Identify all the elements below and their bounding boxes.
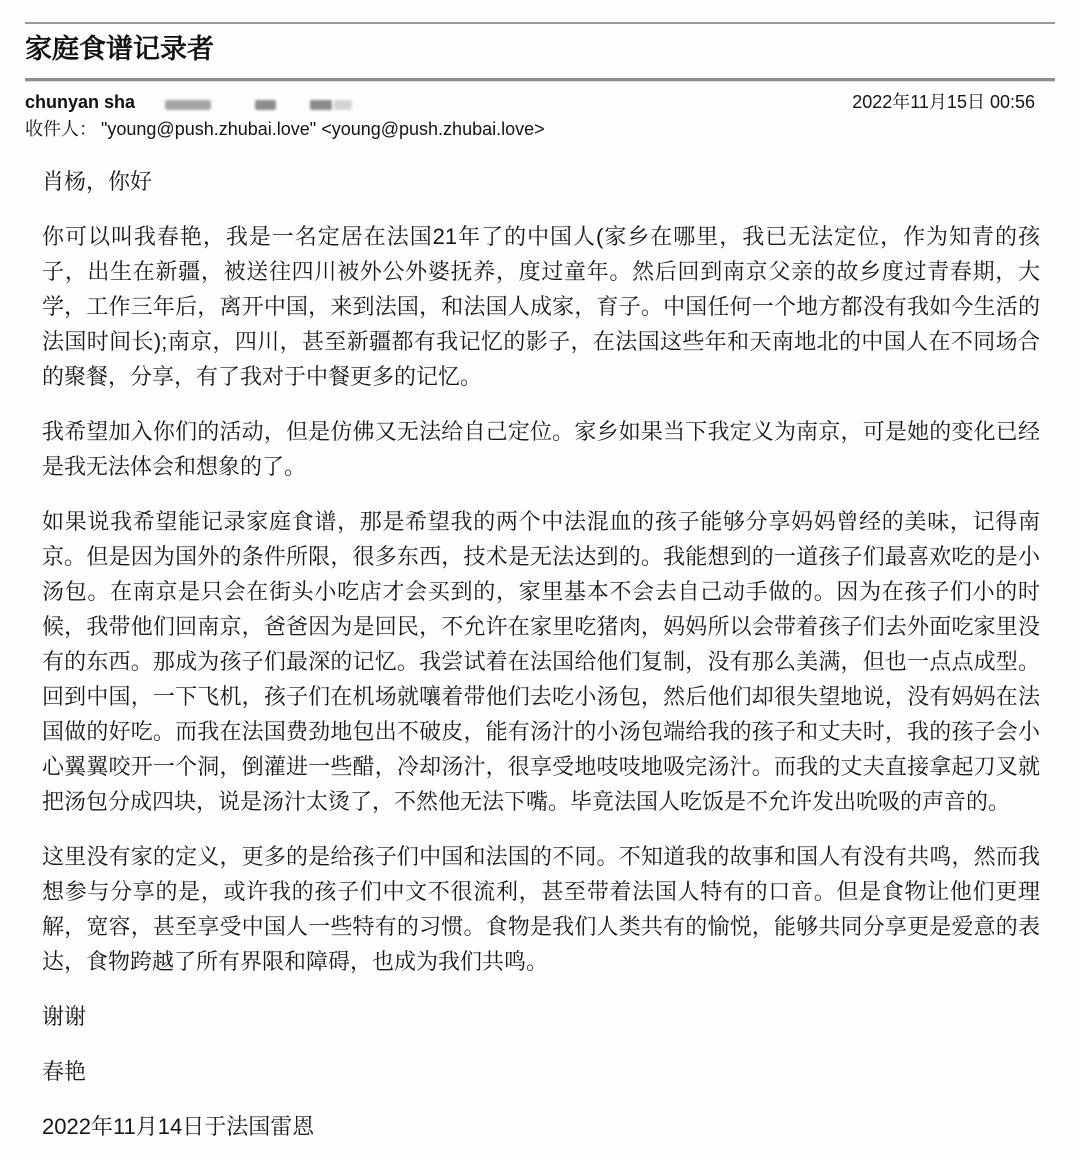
email-subject: 家庭食谱记录者 bbox=[25, 33, 1055, 65]
body-paragraph: 这里没有家的定义，更多的是给孩子们中国和法国的不同。不知道我的故事和国人有没有共… bbox=[42, 839, 1040, 979]
body-paragraph: 如果说我希望能记录家庭食谱，那是希望我的两个中法混血的孩子能够分享妈妈曾经的美味… bbox=[42, 504, 1040, 819]
recipient-label: 收件人： bbox=[25, 119, 97, 139]
sent-date: 2022年11月15日 00:56 bbox=[852, 92, 1055, 113]
recipient-address: "young@push.zhubai.love" <young@push.zhu… bbox=[101, 119, 545, 139]
top-divider bbox=[25, 22, 1055, 24]
redaction-blob bbox=[165, 100, 211, 110]
recipient-row: 收件人："young@push.zhubai.love" <young@push… bbox=[25, 119, 545, 140]
redaction-blob bbox=[334, 100, 352, 110]
email-body: 肖杨，你好 你可以叫我春艳，我是一名定居在法国21年了的中国人(家乡在哪里，我已… bbox=[25, 140, 1055, 1144]
greeting: 肖杨，你好 bbox=[42, 164, 1040, 199]
redaction-blob bbox=[310, 100, 332, 110]
email-message-view: 家庭食谱记录者 chunyan sha 收件人："young@push.zhub… bbox=[0, 0, 1080, 1160]
redacted-sender-address bbox=[165, 100, 352, 110]
closing: 谢谢 bbox=[42, 999, 1040, 1034]
header-divider bbox=[25, 78, 1055, 82]
sender-name: chunyan sha bbox=[25, 92, 135, 113]
body-paragraph: 你可以叫我春艳，我是一名定居在法国21年了的中国人(家乡在哪里，我已无法定位，作… bbox=[42, 219, 1040, 394]
signature: 春艳 bbox=[42, 1054, 1040, 1089]
sender-row: chunyan sha bbox=[25, 92, 545, 113]
redaction-blob bbox=[255, 100, 276, 110]
sender-recipient-block: chunyan sha 收件人："young@push.zhubai.love"… bbox=[25, 92, 545, 140]
dateline: 2022年11月14日于法国雷恩 bbox=[42, 1109, 1040, 1144]
body-paragraph: 我希望加入你们的活动，但是仿佛又无法给自己定位。家乡如果当下我定义为南京，可是她… bbox=[42, 414, 1040, 484]
email-header-meta: chunyan sha 收件人："young@push.zhubai.love"… bbox=[25, 92, 1055, 140]
